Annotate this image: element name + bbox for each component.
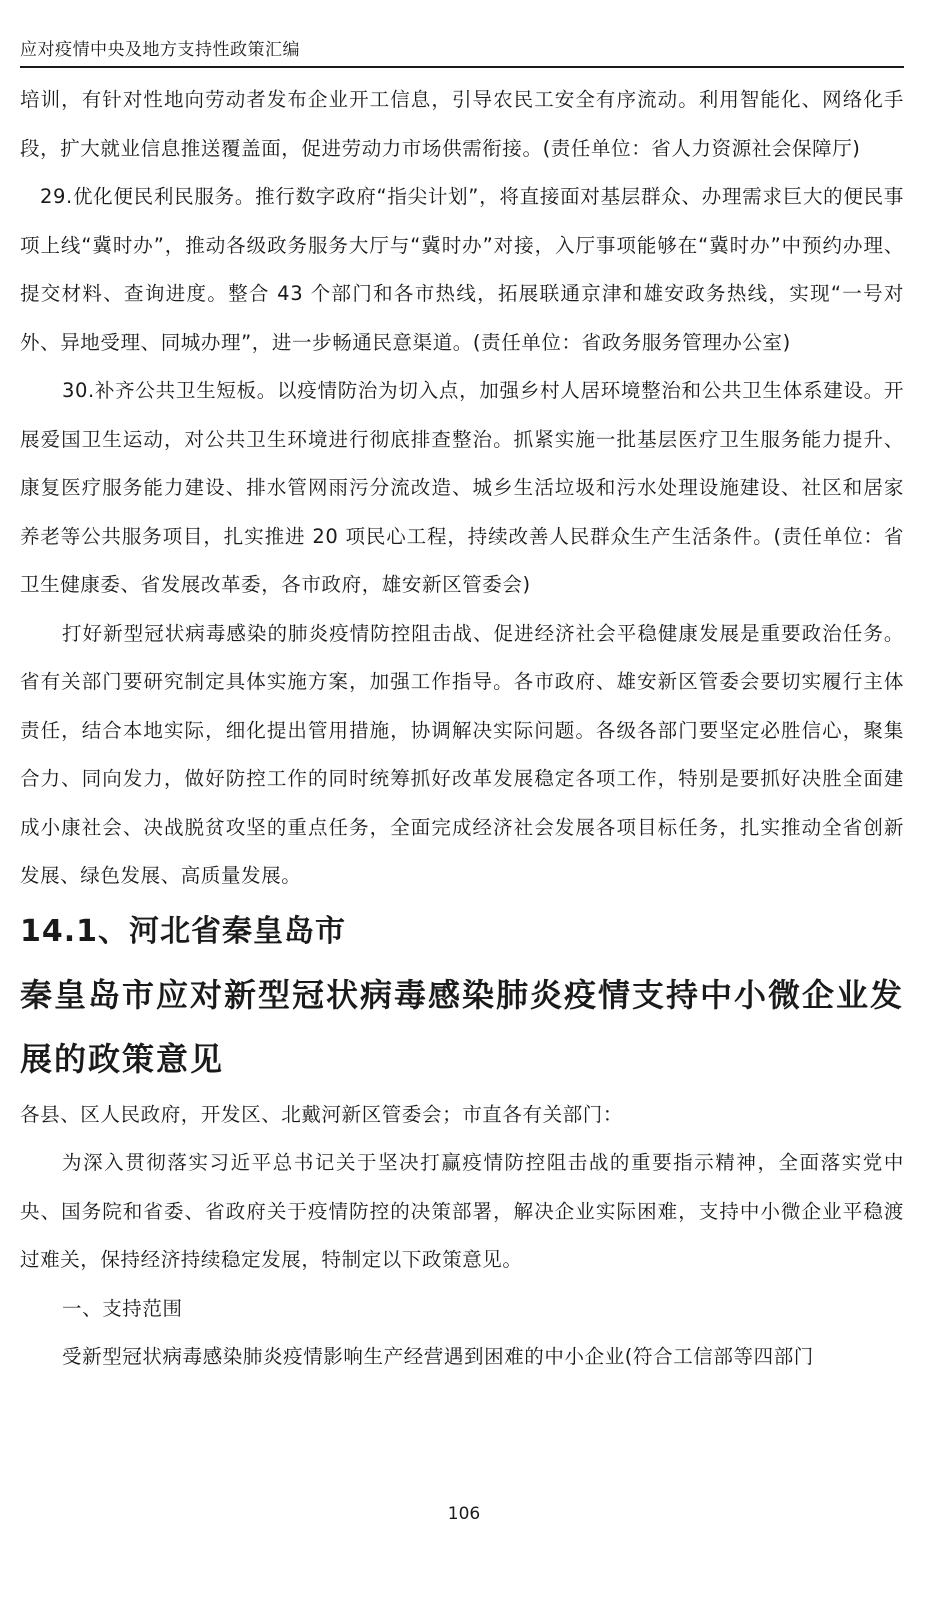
addressee-line: 各县、区人民政府，开发区、北戴河新区管委会；市直各有关部门： xyxy=(20,1091,904,1140)
paragraph-closing: 打好新型冠状病毒感染的肺炎疫情防控阻击战、促进经济社会平稳健康发展是重要政治任务… xyxy=(20,610,904,901)
paragraph-item-29: 29.优化便民利民服务。推行数字政府“指尖计划”，将直接面对基层群众、办理需求巨… xyxy=(20,173,904,367)
paragraph-item-30: 30.补齐公共卫生短板。以疫情防治为切入点，加强乡村人居环境整治和公共卫生体系建… xyxy=(20,367,904,610)
subheading-scope: 一、支持范围 xyxy=(20,1285,904,1334)
paragraph-scope: 受新型冠状病毒感染肺炎疫情影响生产经营遇到困难的中小企业(符合工信部等四部门 xyxy=(20,1333,904,1382)
page-number: 106 xyxy=(0,1502,928,1526)
paragraph-continued: 培训，有针对性地向劳动者发布企业开工信息，引导农民工安全有序流动。利用智能化、网… xyxy=(20,76,904,173)
page-content: 培训，有针对性地向劳动者发布企业开工信息，引导农民工安全有序流动。利用智能化、网… xyxy=(20,76,904,1382)
paragraph-intro: 为深入贯彻落实习近平总书记关于坚决打赢疫情防控阻击战的重要指示精神，全面落实党中… xyxy=(20,1139,904,1285)
running-header: 应对疫情中央及地方支持性政策汇编 xyxy=(20,36,904,68)
section-heading: 14.1、河北省秦皇岛市 xyxy=(20,901,904,963)
document-title: 秦皇岛市应对新型冠状病毒感染肺炎疫情支持中小微企业发展的政策意见 xyxy=(20,963,904,1091)
